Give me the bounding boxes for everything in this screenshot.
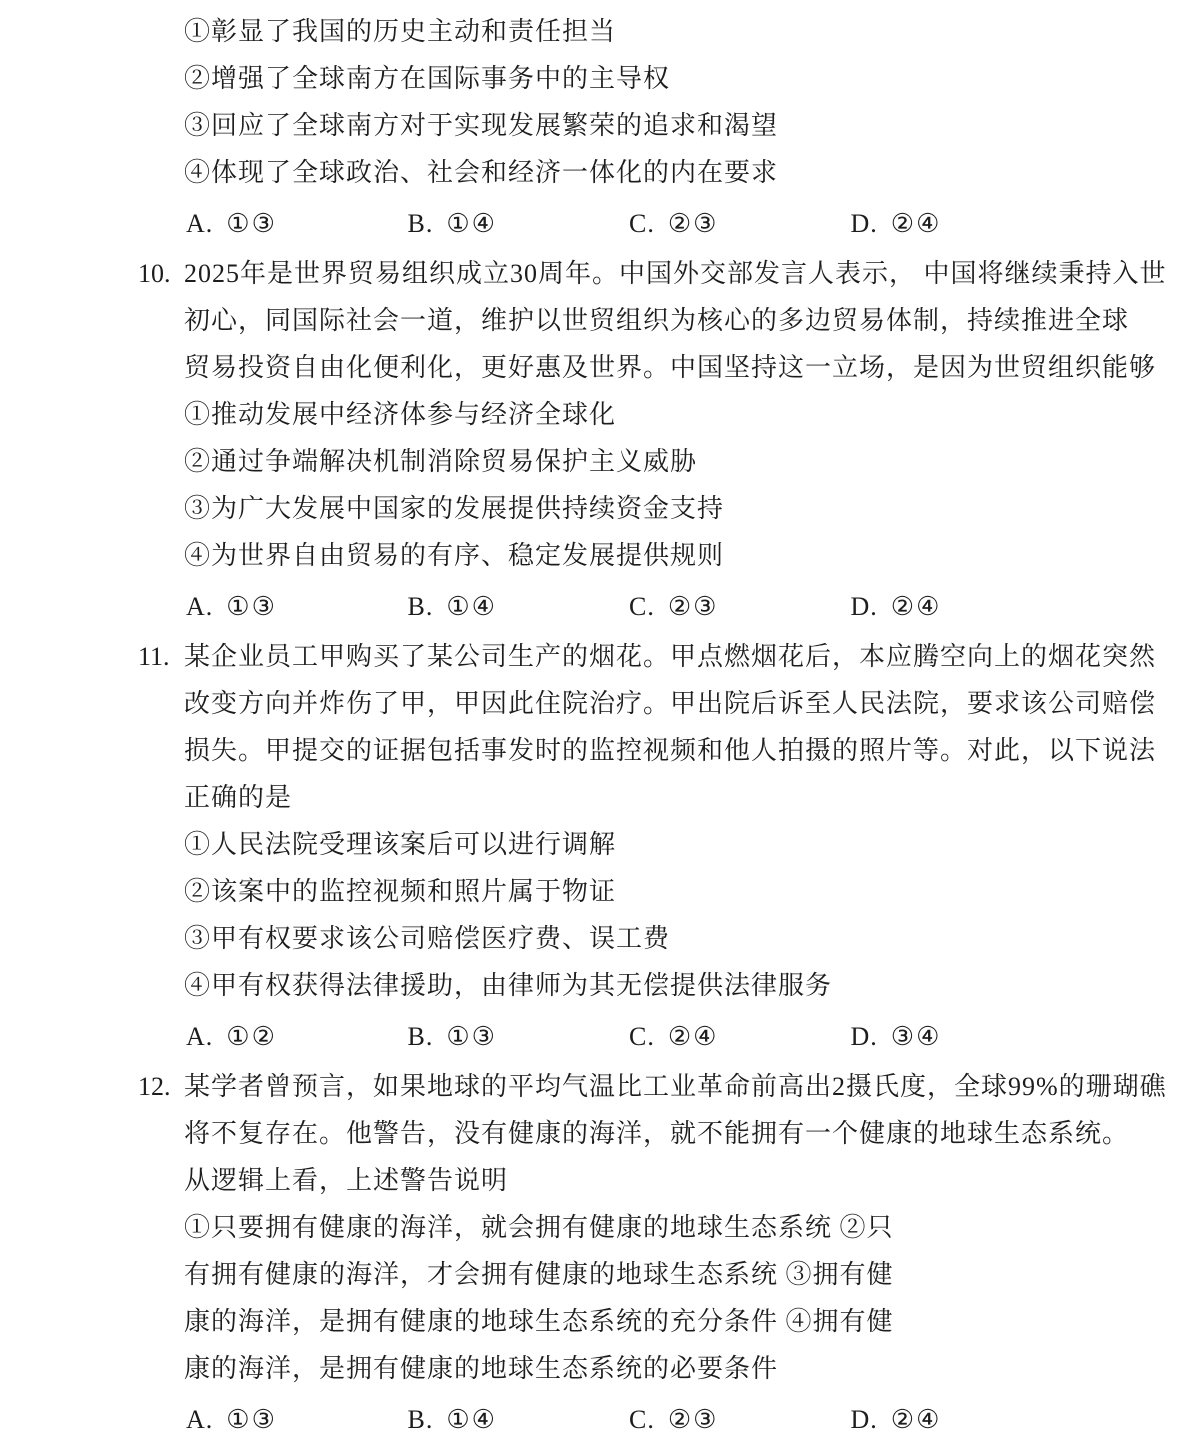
question-stem-line: 初心，同国际社会一道，维护以世贸组织为核心的多边贸易体制，持续推进全球 xyxy=(0,297,1189,344)
option-text: 康的海洋，是拥有健康的地球生态系统的必要条件 xyxy=(184,1354,778,1383)
option-text: ②通过争端解决机制消除贸易保护主义威胁 xyxy=(184,447,697,476)
option-line: ③为广大发展中国家的发展提供持续资金支持 xyxy=(0,485,1189,532)
choice-value: ①③ xyxy=(226,592,277,621)
option-line: ④甲有权获得法律援助，由律师为其无偿提供法律服务 xyxy=(0,962,1189,1009)
stem-text: 2025年是世界贸易组织成立30周年。中国外交部发言人表示， 中国将继续秉持入世 xyxy=(184,259,1167,288)
choice-value: ②④ xyxy=(891,1405,942,1434)
choice-d: D.②④ xyxy=(851,583,942,630)
choice-value: ①③ xyxy=(226,1405,277,1434)
option-line: 康的海洋，是拥有健康的地球生态系统的必要条件 xyxy=(0,1345,1189,1392)
choice-label: C. xyxy=(629,592,655,621)
choice-value: ①④ xyxy=(446,592,497,621)
question-stem-line: 改变方向并炸伤了甲，甲因此住院治疗。甲出院后诉至人民法院，要求该公司赔偿 xyxy=(0,680,1189,727)
option-line: ③回应了全球南方对于实现发展繁荣的追求和渴望 xyxy=(0,102,1189,149)
option-line: 康的海洋，是拥有健康的地球生态系统的充分条件 ④拥有健 xyxy=(0,1298,1189,1345)
choice-value: ①③ xyxy=(226,209,277,238)
stem-text: 将不复存在。他警告，没有健康的海洋，就不能拥有一个健康的地球生态系统。 xyxy=(184,1119,1129,1148)
option-line: ④为世界自由贸易的有序、稳定发展提供规则 xyxy=(0,532,1189,579)
option-line: ①推动发展中经济体参与经济全球化 xyxy=(0,391,1189,438)
choice-a: A.①③ xyxy=(186,1396,400,1443)
option-line: ②增强了全球南方在国际事务中的主导权 xyxy=(0,55,1189,102)
choice-value: ②④ xyxy=(891,592,942,621)
option-text: ②该案中的监控视频和照片属于物证 xyxy=(184,877,616,906)
question-stem-line: 正确的是 xyxy=(0,774,1189,821)
stem-text: 贸易投资自由化便利化，更好惠及世界。中国坚持这一立场，是因为世贸组织能够 xyxy=(184,353,1156,382)
choice-value: ①② xyxy=(226,1022,277,1051)
choice-value: ①④ xyxy=(446,209,497,238)
choice-label: B. xyxy=(408,209,434,238)
choice-label: D. xyxy=(851,592,878,621)
option-text: ①人民法院受理该案后可以进行调解 xyxy=(184,830,616,859)
question-11: 11.某企业员工甲购买了某公司生产的烟花。甲点燃烟花后，本应腾空向上的烟花突然 … xyxy=(0,633,1189,1060)
choice-value: ①③ xyxy=(446,1022,497,1051)
choice-value: ①④ xyxy=(446,1405,497,1434)
option-text: ①推动发展中经济体参与经济全球化 xyxy=(184,400,616,429)
choice-b: B.①④ xyxy=(408,1396,622,1443)
choice-label: D. xyxy=(851,1405,878,1434)
choice-c: C.②③ xyxy=(629,1396,843,1443)
choice-b: B.①③ xyxy=(408,1013,622,1060)
choice-value: ②④ xyxy=(668,1022,719,1051)
choice-c: C.②③ xyxy=(629,200,843,247)
stem-text: 正确的是 xyxy=(184,783,292,812)
option-text: ④甲有权获得法律援助，由律师为其无偿提供法律服务 xyxy=(184,971,832,1000)
answer-choices-row: A.①③ B.①④ C.②③ D.②④ xyxy=(0,200,1189,247)
option-text: ④体现了全球政治、社会和经济一体化的内在要求 xyxy=(184,158,778,187)
option-text: ③甲有权要求该公司赔偿医疗费、误工费 xyxy=(184,924,670,953)
answer-choices-row: A.①③ B.①④ C.②③ D.②④ xyxy=(0,583,1189,630)
choice-a: A.①③ xyxy=(186,583,400,630)
stem-text: 初心，同国际社会一道，维护以世贸组织为核心的多边贸易体制，持续推进全球 xyxy=(184,306,1129,335)
choice-label: B. xyxy=(408,1022,434,1051)
choice-value: ②③ xyxy=(668,209,719,238)
choice-label: A. xyxy=(186,1405,213,1434)
choice-label: B. xyxy=(408,1405,434,1434)
choice-label: B. xyxy=(408,592,434,621)
choice-c: C.②④ xyxy=(629,1013,843,1060)
stem-text: 某企业员工甲购买了某公司生产的烟花。甲点燃烟花后，本应腾空向上的烟花突然 xyxy=(184,642,1156,671)
exam-page: ①彰显了我国的历史主动和责任担当 ②增强了全球南方在国际事务中的主导权 ③回应了… xyxy=(0,0,1189,1443)
choice-b: B.①④ xyxy=(408,200,622,247)
question-stem-line: 将不复存在。他警告，没有健康的海洋，就不能拥有一个健康的地球生态系统。 xyxy=(0,1110,1189,1157)
choice-a: A.①② xyxy=(186,1013,400,1060)
choice-label: A. xyxy=(186,1022,213,1051)
question-number: 11. xyxy=(138,633,184,680)
option-line: ①彰显了我国的历史主动和责任担当 xyxy=(0,8,1189,55)
stem-text: 从逻辑上看，上述警告说明 xyxy=(184,1166,508,1195)
choice-value: ②③ xyxy=(668,592,719,621)
question-stem-line: 贸易投资自由化便利化，更好惠及世界。中国坚持这一立场，是因为世贸组织能够 xyxy=(0,344,1189,391)
option-line: ①只要拥有健康的海洋，就会拥有健康的地球生态系统 ②只 xyxy=(0,1204,1189,1251)
choice-d: D.②④ xyxy=(851,1396,942,1443)
question-stem-line: 从逻辑上看，上述警告说明 xyxy=(0,1157,1189,1204)
option-text: ③为广大发展中国家的发展提供持续资金支持 xyxy=(184,494,724,523)
option-line: ③甲有权要求该公司赔偿医疗费、误工费 xyxy=(0,915,1189,962)
option-line: ②通过争端解决机制消除贸易保护主义威胁 xyxy=(0,438,1189,485)
choice-value: ③④ xyxy=(891,1022,942,1051)
choice-d: D.③④ xyxy=(851,1013,942,1060)
option-text: 有拥有健康的海洋，才会拥有健康的地球生态系统 ③拥有健 xyxy=(184,1260,894,1289)
stem-text: 某学者曾预言，如果地球的平均气温比工业革命前高出2摄氏度，全球99%的珊瑚礁 xyxy=(184,1072,1167,1101)
option-line: 有拥有健康的海洋，才会拥有健康的地球生态系统 ③拥有健 xyxy=(0,1251,1189,1298)
option-line: ②该案中的监控视频和照片属于物证 xyxy=(0,868,1189,915)
choice-c: C.②③ xyxy=(629,583,843,630)
option-text: ③回应了全球南方对于实现发展繁荣的追求和渴望 xyxy=(184,111,778,140)
answer-choices-row: A.①② B.①③ C.②④ D.③④ xyxy=(0,1013,1189,1060)
choice-label: A. xyxy=(186,592,213,621)
stem-text: 损失。甲提交的证据包括事发时的监控视频和他人拍摄的照片等。对此，以下说法 xyxy=(184,736,1156,765)
choice-label: D. xyxy=(851,209,878,238)
stem-text: 改变方向并炸伤了甲，甲因此住院治疗。甲出院后诉至人民法院，要求该公司赔偿 xyxy=(184,689,1156,718)
question-9-options: ①彰显了我国的历史主动和责任担当 ②增强了全球南方在国际事务中的主导权 ③回应了… xyxy=(0,8,1189,247)
option-text: ④为世界自由贸易的有序、稳定发展提供规则 xyxy=(184,541,724,570)
question-number: 10. xyxy=(138,250,184,297)
question-number: 12. xyxy=(138,1063,184,1110)
option-line: ④体现了全球政治、社会和经济一体化的内在要求 xyxy=(0,149,1189,196)
question-10: 10.2025年是世界贸易组织成立30周年。中国外交部发言人表示， 中国将继续秉… xyxy=(0,250,1189,630)
choice-d: D.②④ xyxy=(851,200,942,247)
choice-value: ②④ xyxy=(891,209,942,238)
question-stem-line: 10.2025年是世界贸易组织成立30周年。中国外交部发言人表示， 中国将继续秉… xyxy=(0,250,1189,297)
choice-label: A. xyxy=(186,209,213,238)
choice-b: B.①④ xyxy=(408,583,622,630)
option-text: ①只要拥有健康的海洋，就会拥有健康的地球生态系统 ②只 xyxy=(184,1213,894,1242)
choice-label: D. xyxy=(851,1022,878,1051)
option-text: ②增强了全球南方在国际事务中的主导权 xyxy=(184,64,670,93)
choice-label: C. xyxy=(629,209,655,238)
choice-a: A.①③ xyxy=(186,200,400,247)
choice-value: ②③ xyxy=(668,1405,719,1434)
option-text: ①彰显了我国的历史主动和责任担当 xyxy=(184,17,616,46)
question-12: 12.某学者曾预言，如果地球的平均气温比工业革命前高出2摄氏度，全球99%的珊瑚… xyxy=(0,1063,1189,1443)
choice-label: C. xyxy=(629,1022,655,1051)
option-line: ①人民法院受理该案后可以进行调解 xyxy=(0,821,1189,868)
answer-choices-row: A.①③ B.①④ C.②③ D.②④ xyxy=(0,1396,1189,1443)
question-stem-line: 11.某企业员工甲购买了某公司生产的烟花。甲点燃烟花后，本应腾空向上的烟花突然 xyxy=(0,633,1189,680)
choice-label: C. xyxy=(629,1405,655,1434)
question-stem-line: 损失。甲提交的证据包括事发时的监控视频和他人拍摄的照片等。对此，以下说法 xyxy=(0,727,1189,774)
option-text: 康的海洋，是拥有健康的地球生态系统的充分条件 ④拥有健 xyxy=(184,1307,894,1336)
question-stem-line: 12.某学者曾预言，如果地球的平均气温比工业革命前高出2摄氏度，全球99%的珊瑚… xyxy=(0,1063,1189,1110)
